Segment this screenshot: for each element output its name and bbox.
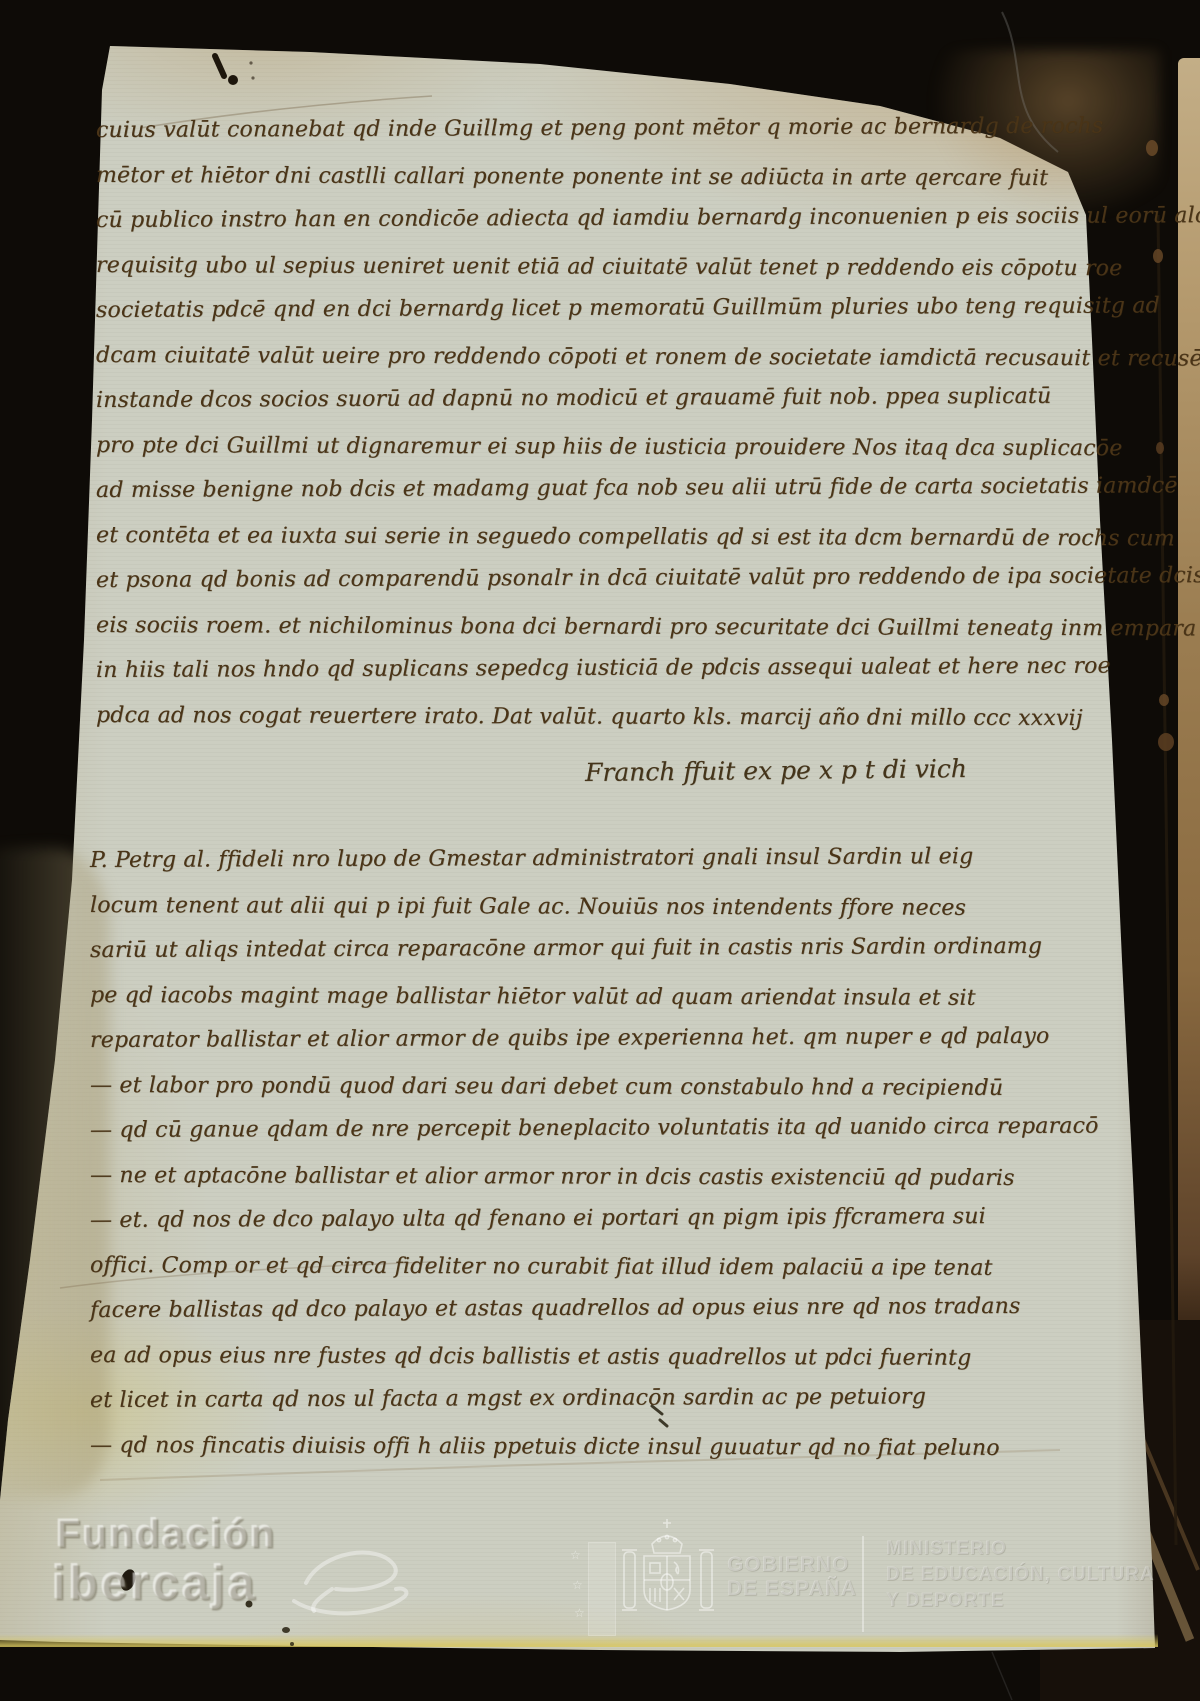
watermark-divider <box>862 1536 864 1632</box>
manuscript-line: facere ballistas qd dco palayo et astas … <box>90 1284 1099 1333</box>
manuscript-line: cuius valūt conanebat qd inde Guillmg et… <box>96 103 1200 153</box>
star-icon: ☆ <box>572 1578 583 1592</box>
chancery-note: Franch ffuit ex pe x p t di vich <box>585 754 967 787</box>
manuscript-line: et licet in carta qd nos ul facta a mgst… <box>90 1374 1099 1423</box>
star-icon: ☆ <box>570 1548 581 1562</box>
star-icon: ☆ <box>574 1606 585 1620</box>
manuscript-line: et psona qd bonis ad comparendū psonalr … <box>96 553 1200 603</box>
manuscript-line: sariū ut aliqs intedat circa reparacōne … <box>90 924 1099 973</box>
manuscript-line: — qd cū ganue qdam de nre percepit benep… <box>90 1104 1099 1153</box>
manuscript-photo: cuius valūt conanebat qd inde Guillmg et… <box>0 0 1200 1701</box>
manuscript-line: societatis pdcē qnd en dci bernardg lice… <box>96 283 1200 333</box>
manuscript-line: — qd nos fincatis diuisis offi h aliis p… <box>90 1423 1099 1471</box>
deckle-edge <box>0 1634 1158 1647</box>
manuscript-line: — et. qd nos de dco palayo ulta qd fenan… <box>90 1194 1099 1243</box>
manuscript-line: instande dcos socios suorū ad dapnū no m… <box>96 373 1200 423</box>
manuscript-line: in hiis tali nos hndo qd suplicans seped… <box>96 643 1200 693</box>
spain-flag-bar <box>588 1542 616 1636</box>
manuscript-line: cū publico instro han en condicōe adiect… <box>96 193 1200 243</box>
manuscript-line: ad misse benigne nob dcis et madamg guat… <box>96 463 1200 513</box>
text-block-2: P. Petrg al. ffideli nro lupo de Gmestar… <box>90 838 1099 1468</box>
manuscript-line: P. Petrg al. ffideli nro lupo de Gmestar… <box>90 834 1099 883</box>
manuscript-line: pdca ad nos cogat reuertere irato. Dat v… <box>96 693 1200 742</box>
manuscript-line: reparator ballistar et alior armor de qu… <box>90 1014 1099 1063</box>
text-block-1: cuius valūt conanebat qd inde Guillmg et… <box>96 108 1200 738</box>
